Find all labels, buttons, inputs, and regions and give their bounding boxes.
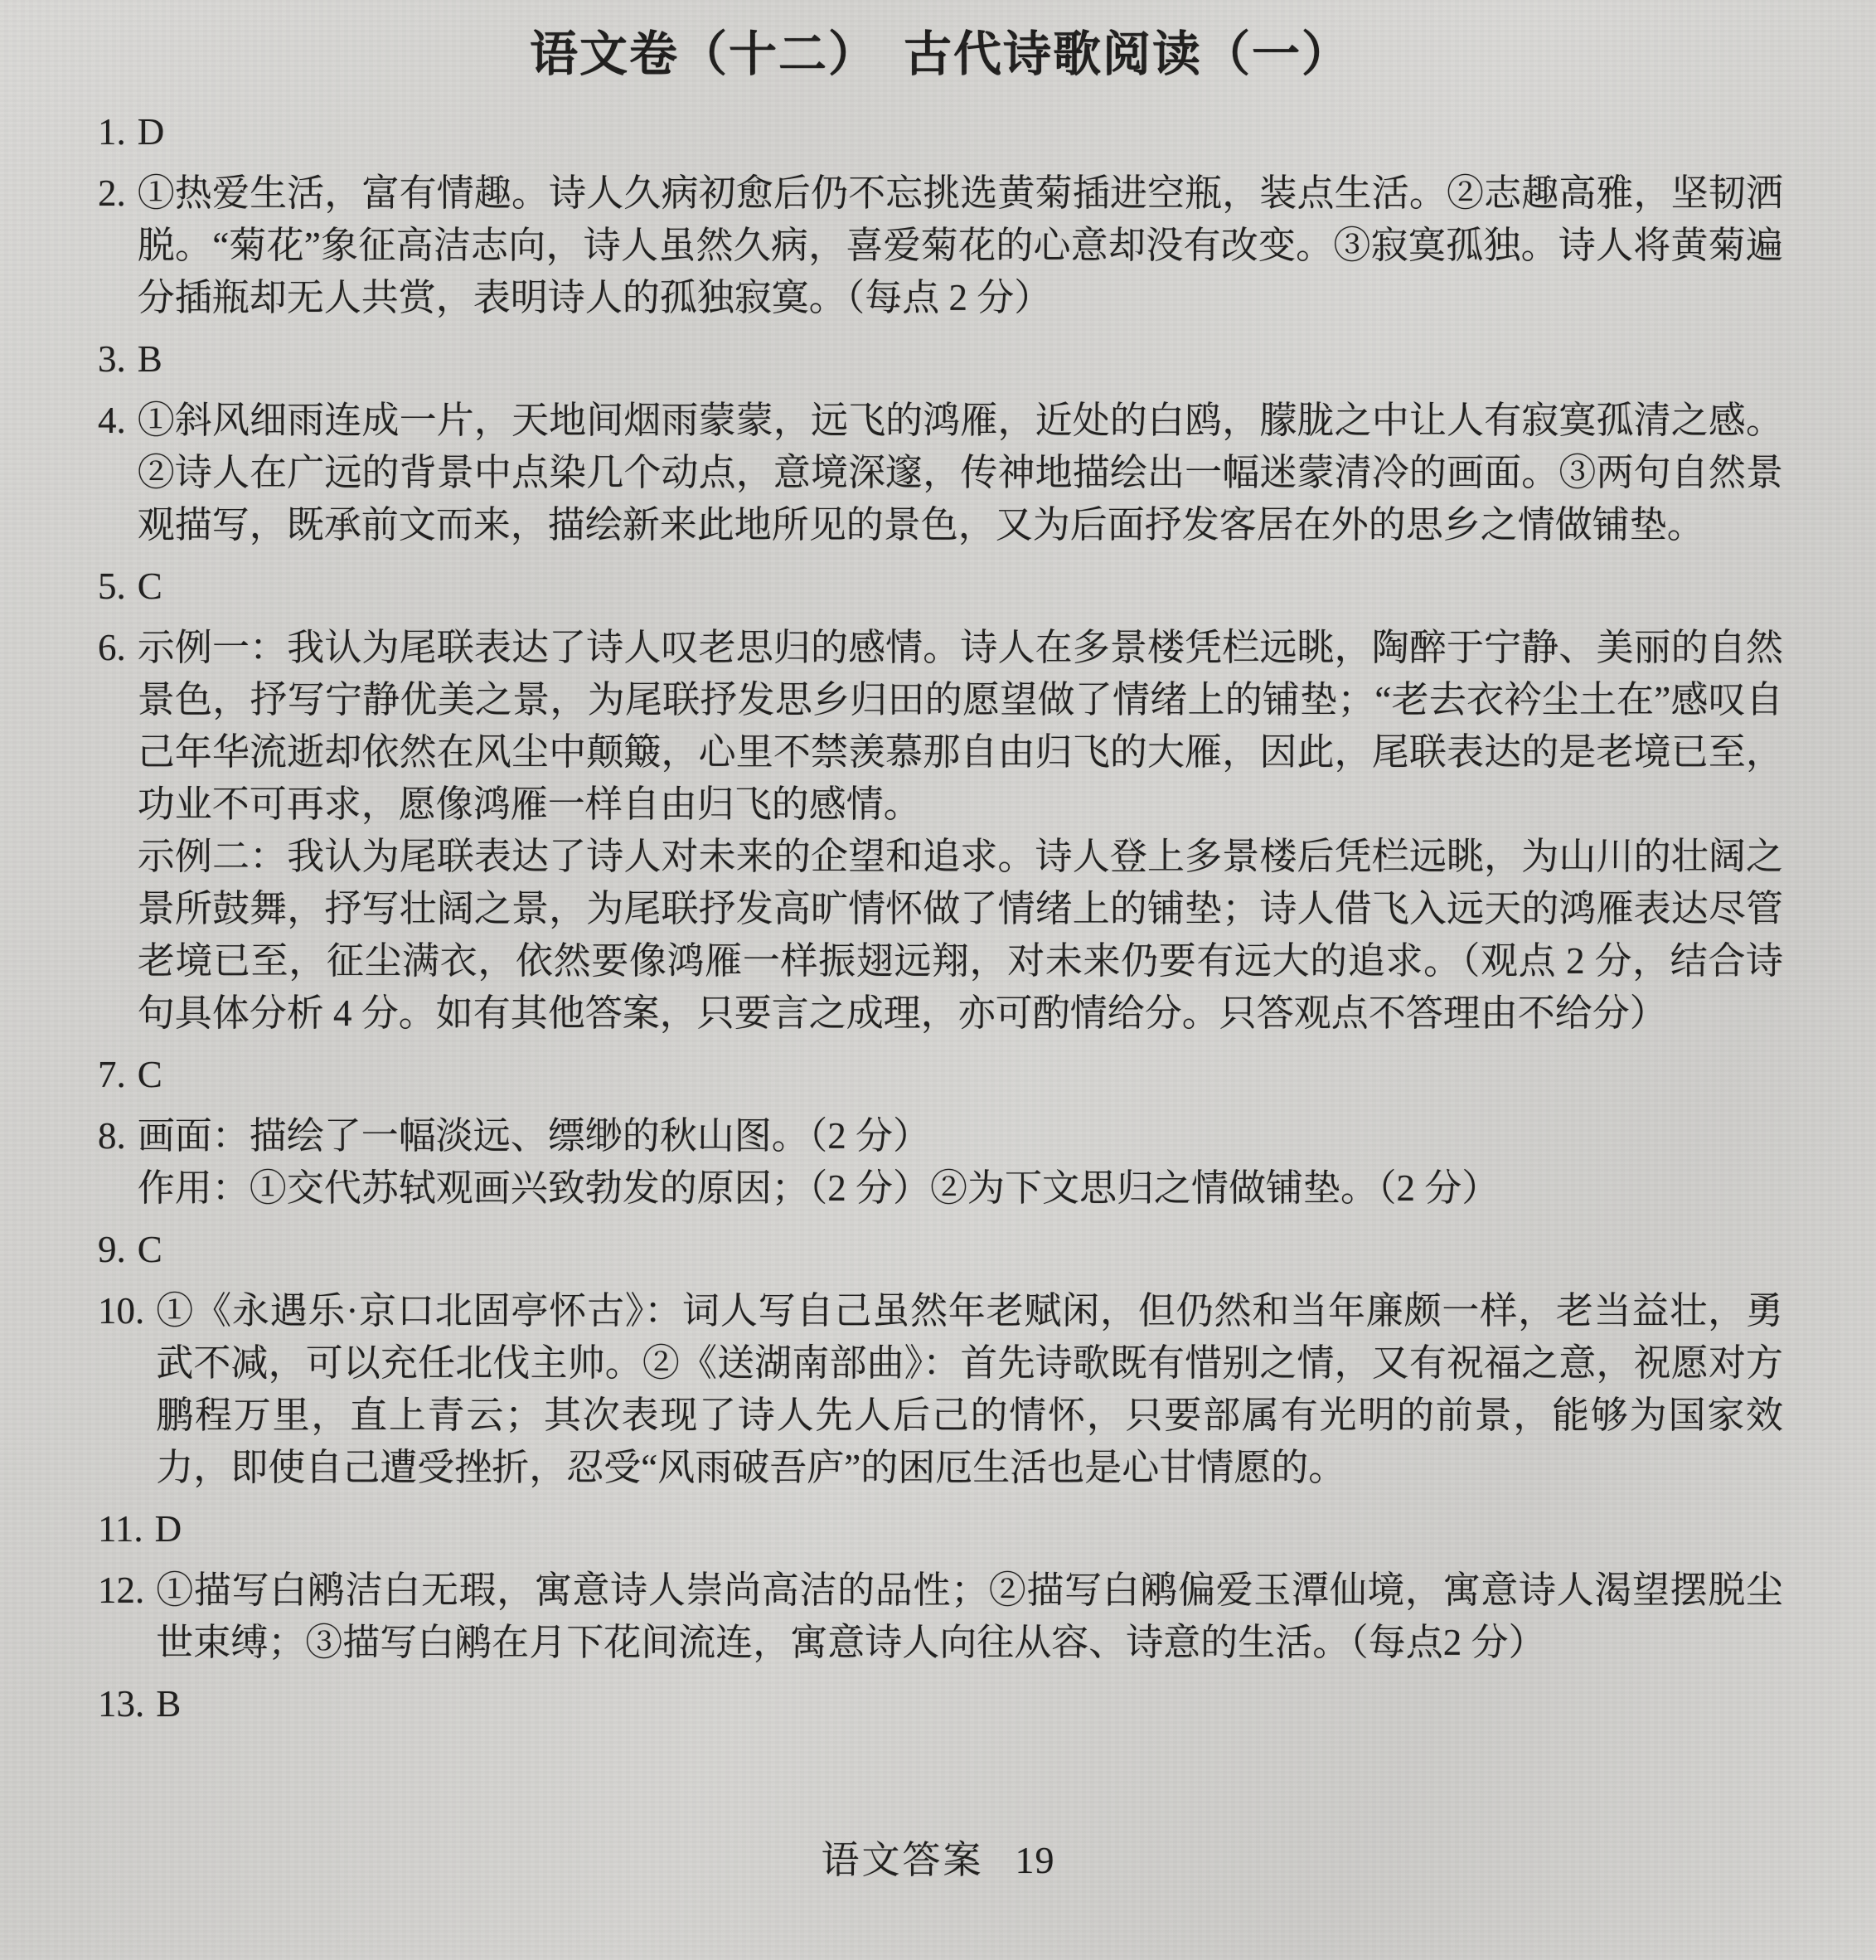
answer-number: 11. [98, 1503, 143, 1555]
answer-item: 10. ①《永遇乐·京口北固亭怀古》：词人写自己虽然年老赋闲，但仍然和当年廉颇一… [98, 1285, 1783, 1494]
answer-paragraph: 作用：①交代苏轼观画兴致勃发的原因；（2 分）②为下文思归之情做铺垫。（2 分） [138, 1162, 1783, 1215]
answer-item: 5. C [98, 560, 1783, 613]
answers-list: 1. D 2. ①热爱生活，富有情趣。诗人久病初愈后仍不忘挑选黄菊插进空瓶，装点… [98, 106, 1783, 1730]
answer-body: C [138, 560, 1783, 613]
answer-paragraph: C [138, 560, 1783, 613]
answer-paragraph: D [155, 1503, 1783, 1555]
answer-paragraph: 示例二：我认为尾联表达了诗人对未来的企望和追求。诗人登上多景楼后凭栏远眺，为山川… [138, 831, 1783, 1040]
answer-item: 6. 示例一：我认为尾联表达了诗人叹老思归的感情。诗人在多景楼凭栏远眺，陶醉于宁… [98, 622, 1783, 1040]
answer-body: 画面：描绘了一幅淡远、缥缈的秋山图。（2 分）作用：①交代苏轼观画兴致勃发的原因… [138, 1110, 1783, 1215]
answer-body: ①《永遇乐·京口北固亭怀古》：词人写自己虽然年老赋闲，但仍然和当年廉颇一样，老当… [156, 1285, 1783, 1494]
answer-body: B [138, 333, 1783, 386]
answer-number: 7. [98, 1049, 126, 1101]
answer-paragraph: C [138, 1224, 1783, 1276]
answer-paragraph: B [138, 333, 1783, 386]
answer-paragraph: D [138, 106, 1783, 158]
answer-number: 12. [98, 1565, 144, 1617]
footer-label: 语文答案 [822, 1839, 984, 1881]
answer-item: 9. C [98, 1224, 1783, 1276]
page-title-text: 语文卷（十二） 古代诗歌阅读（一） [530, 27, 1351, 81]
answer-number: 1. [98, 106, 126, 158]
answer-number: 10. [98, 1285, 144, 1337]
answer-item: 8. 画面：描绘了一幅淡远、缥缈的秋山图。（2 分）作用：①交代苏轼观画兴致勃发… [98, 1110, 1783, 1215]
answer-body: C [138, 1049, 1783, 1101]
answer-paragraph: ①斜风细雨连成一片，天地间烟雨蒙蒙，远飞的鸿雁，近处的白鸥，朦胧之中让人有寂寞孤… [138, 395, 1783, 551]
answer-number: 8. [98, 1110, 126, 1162]
answer-body: D [155, 1503, 1783, 1555]
answer-number: 3. [98, 333, 126, 386]
answer-sheet-page: 语文卷（十二） 古代诗歌阅读（一） 1. D 2. ①热爱生活，富有情趣。诗人久… [0, 0, 1876, 1960]
answer-paragraph: C [138, 1049, 1783, 1101]
answer-paragraph: ①描写白鹇洁白无瑕，寓意诗人崇尚高洁的品性；②描写白鹇偏爱玉潭仙境，寓意诗人渴望… [156, 1565, 1783, 1669]
answer-item: 2. ①热爱生活，富有情趣。诗人久病初愈后仍不忘挑选黄菊插进空瓶，装点生活。②志… [98, 167, 1783, 324]
answer-paragraph: ①热爱生活，富有情趣。诗人久病初愈后仍不忘挑选黄菊插进空瓶，装点生活。②志趣高雅… [138, 167, 1783, 324]
answer-body: ①斜风细雨连成一片，天地间烟雨蒙蒙，远飞的鸿雁，近处的白鸥，朦胧之中让人有寂寞孤… [138, 395, 1783, 551]
answer-paragraph: 示例一：我认为尾联表达了诗人叹老思归的感情。诗人在多景楼凭栏远眺，陶醉于宁静、美… [138, 622, 1783, 831]
answer-item: 1. D [98, 106, 1783, 158]
answer-number: 2. [98, 167, 126, 220]
page-title: 语文卷（十二） 古代诗歌阅读（一） [98, 23, 1783, 86]
answer-body: D [138, 106, 1783, 158]
answer-body: C [138, 1224, 1783, 1276]
answer-item: 13. B [98, 1678, 1783, 1730]
answer-body: 示例一：我认为尾联表达了诗人叹老思归的感情。诗人在多景楼凭栏远眺，陶醉于宁静、美… [138, 622, 1783, 1040]
answer-number: 9. [98, 1224, 126, 1276]
answer-number: 6. [98, 622, 126, 674]
answer-number: 13. [98, 1678, 144, 1730]
answer-number: 5. [98, 560, 126, 613]
answer-paragraph: 画面：描绘了一幅淡远、缥缈的秋山图。（2 分） [138, 1110, 1783, 1162]
footer-page-number: 19 [1016, 1834, 1055, 1887]
answer-item: 3. B [98, 333, 1783, 386]
answer-body: ①描写白鹇洁白无瑕，寓意诗人崇尚高洁的品性；②描写白鹇偏爱玉潭仙境，寓意诗人渴望… [156, 1565, 1783, 1669]
answer-body: B [156, 1678, 1783, 1730]
answer-paragraph: ①《永遇乐·京口北固亭怀古》：词人写自己虽然年老赋闲，但仍然和当年廉颇一样，老当… [156, 1285, 1783, 1494]
answer-item: 11. D [98, 1503, 1783, 1555]
answer-paragraph: B [156, 1678, 1783, 1730]
page-footer: 语文答案19 [0, 1834, 1876, 1887]
answer-item: 12. ①描写白鹇洁白无瑕，寓意诗人崇尚高洁的品性；②描写白鹇偏爱玉潭仙境，寓意… [98, 1565, 1783, 1669]
answer-item: 4. ①斜风细雨连成一片，天地间烟雨蒙蒙，远飞的鸿雁，近处的白鸥，朦胧之中让人有… [98, 395, 1783, 551]
answer-item: 7. C [98, 1049, 1783, 1101]
answer-body: ①热爱生活，富有情趣。诗人久病初愈后仍不忘挑选黄菊插进空瓶，装点生活。②志趣高雅… [138, 167, 1783, 324]
answer-number: 4. [98, 395, 126, 447]
